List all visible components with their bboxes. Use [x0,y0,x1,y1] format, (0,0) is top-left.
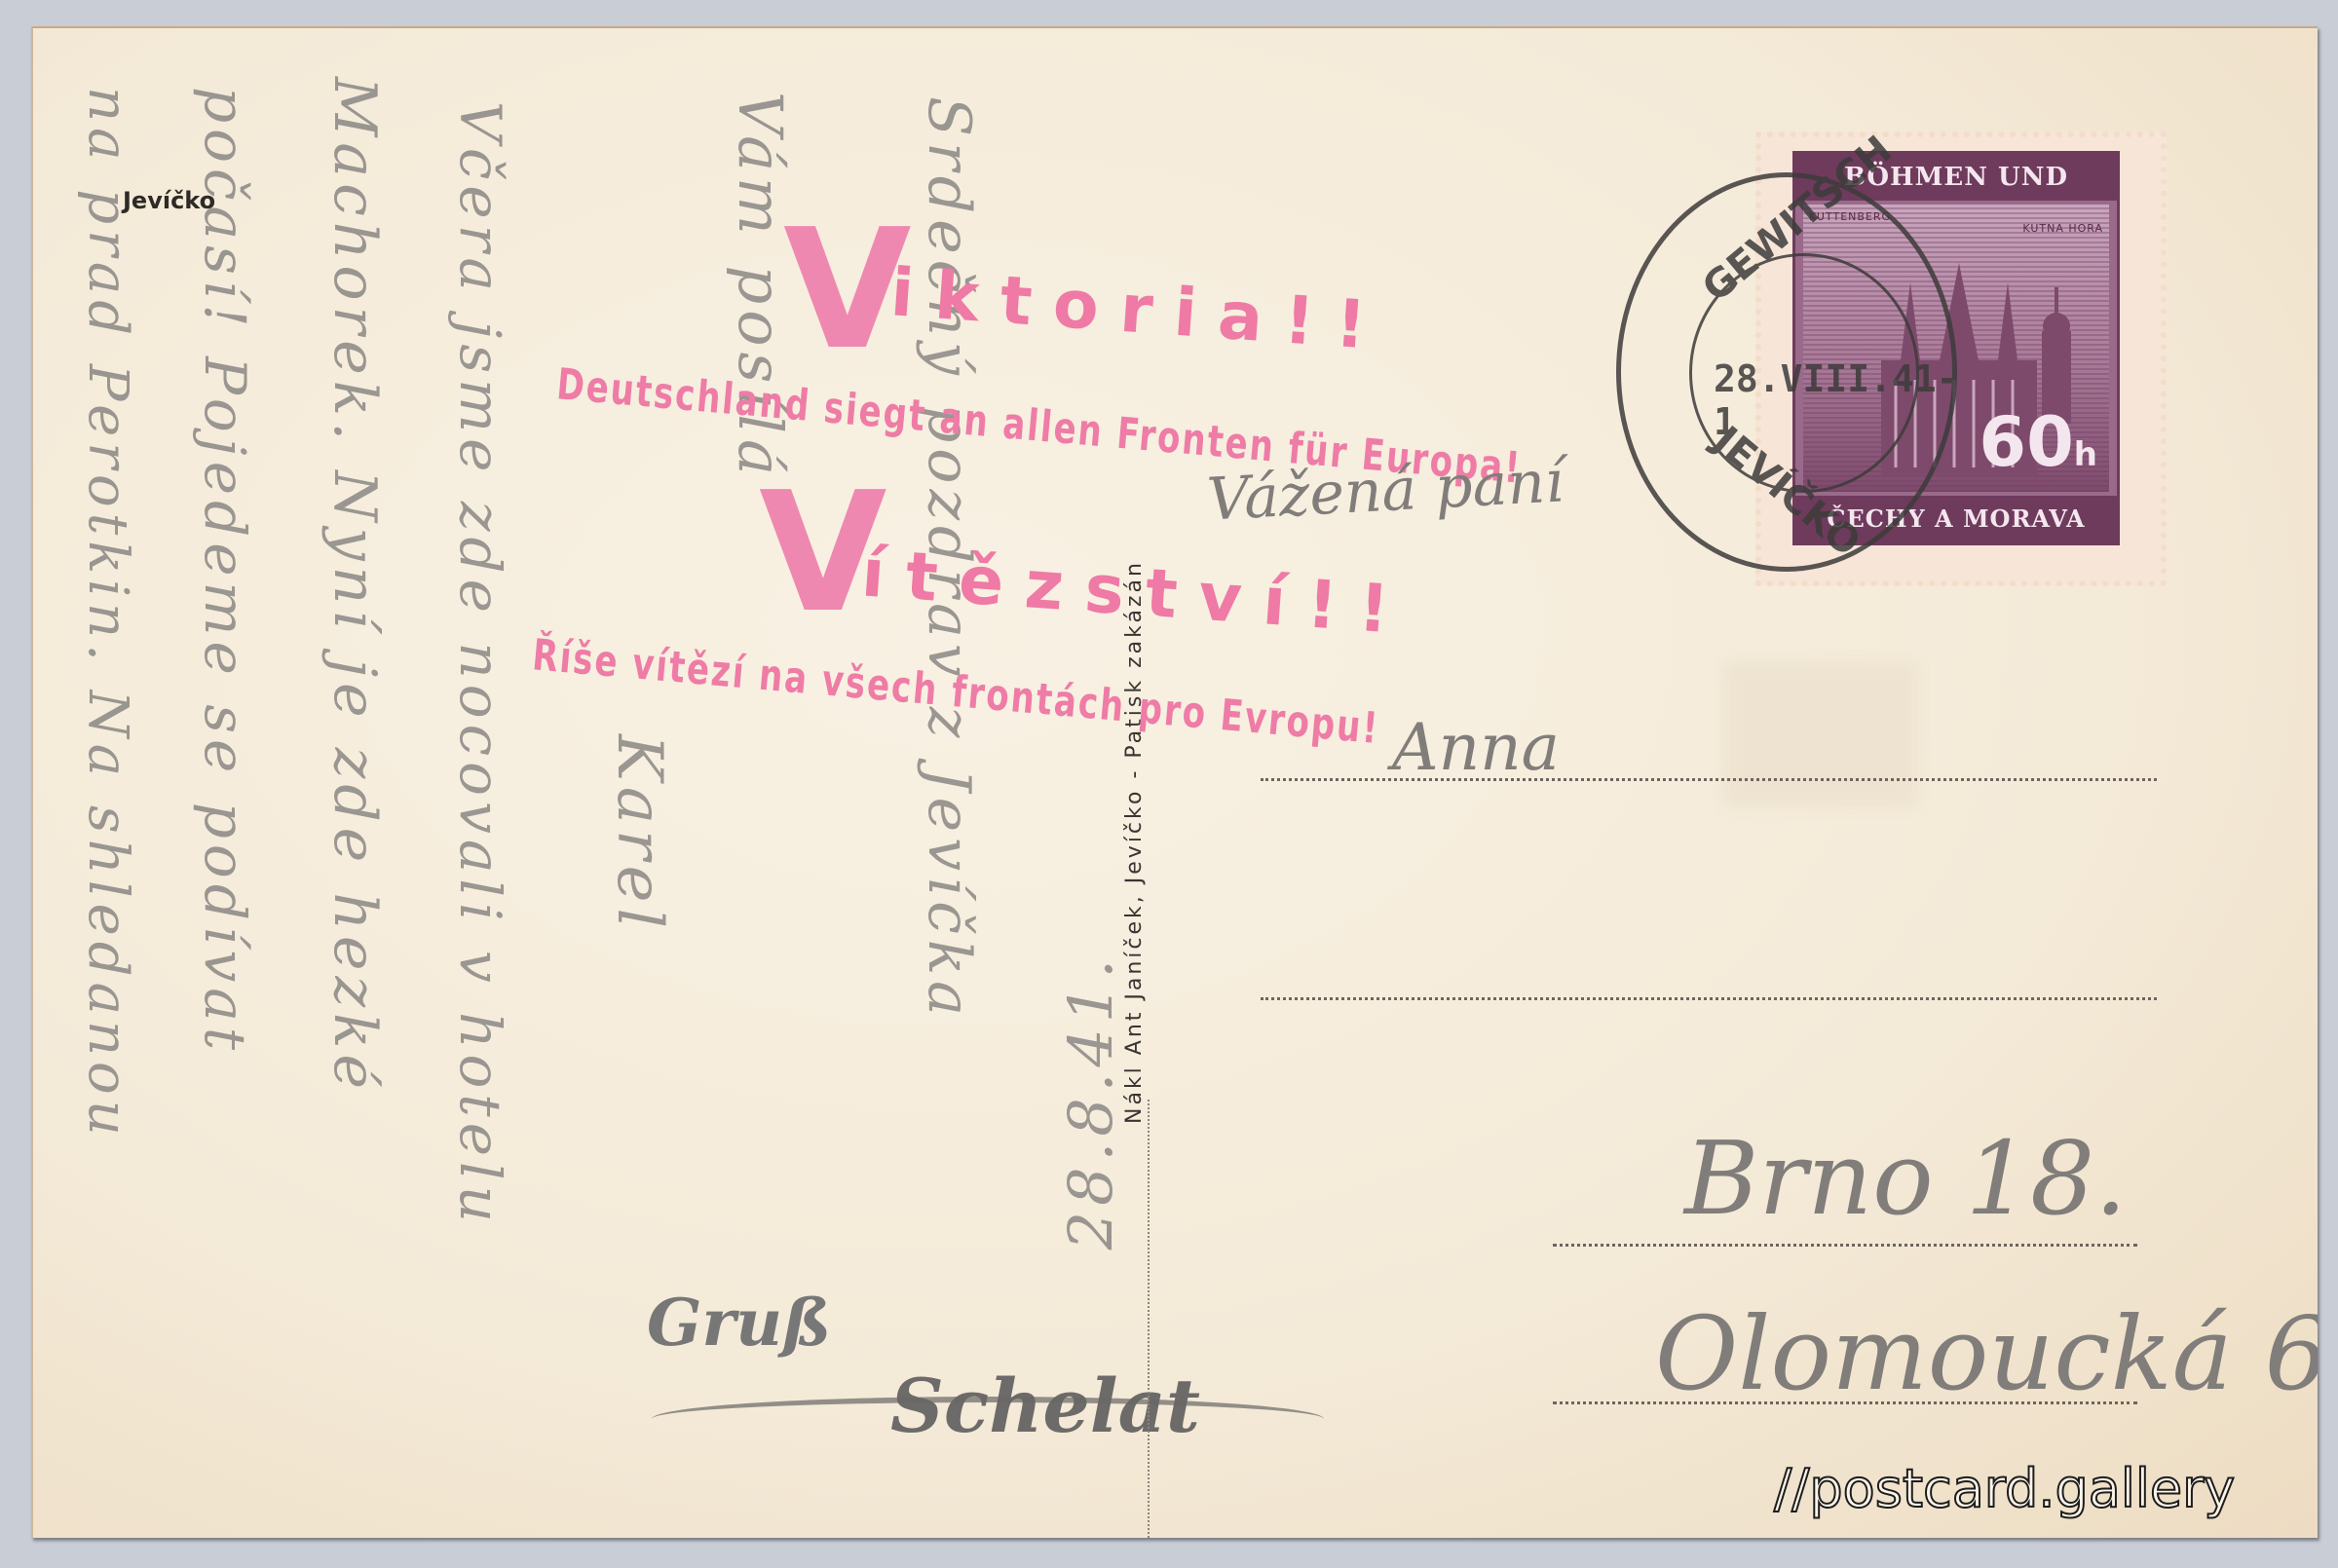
address-street: Olomoucká 68. [1655,1294,2318,1413]
address-line-1 [1261,778,2157,781]
stamp-value: 60h [1979,402,2097,482]
address-line-3 [1553,1244,2137,1247]
message-line-4: Včera jsme zde nocovali v hotelu [452,101,509,1228]
address-line-4 [1553,1401,2137,1404]
address-name: Anna [1392,710,1560,785]
postmark: GEWITSCH 28.VIII.41-1 JEVÍČKO [1616,172,1957,572]
greeting-text: Gruß [647,1285,831,1361]
address-line-2 [1261,997,2157,1000]
address-city: Brno 18. [1684,1119,2127,1238]
publisher-imprint: Nákl Ant Janíček, Jevíčko - Patisk zakáz… [1122,228,1147,1124]
message-line-5: Karel [608,734,670,934]
message-line-1: na prad Perotkin. Na shledanou [80,87,134,1141]
stamp-caption-right: KUTNA HORA [2022,222,2103,235]
postmark-date: 28.VIII.41-1 [1714,357,1959,443]
card-divider [1148,1100,1150,1538]
redacted-surname [1723,661,1918,807]
message-date: 28.8.41. [1061,953,1121,1250]
postcard-back: Jevíčko na prad Perotkin. Na shledanou p… [31,26,2318,1538]
message-line-3: Machorek. Nyní je zde hezké [325,77,384,1095]
signature-flourish [652,1397,1324,1441]
message-line-2: počasí! Pojedeme se podívat [197,87,253,1056]
watermark: //postcard.gallery [1774,1458,2235,1519]
